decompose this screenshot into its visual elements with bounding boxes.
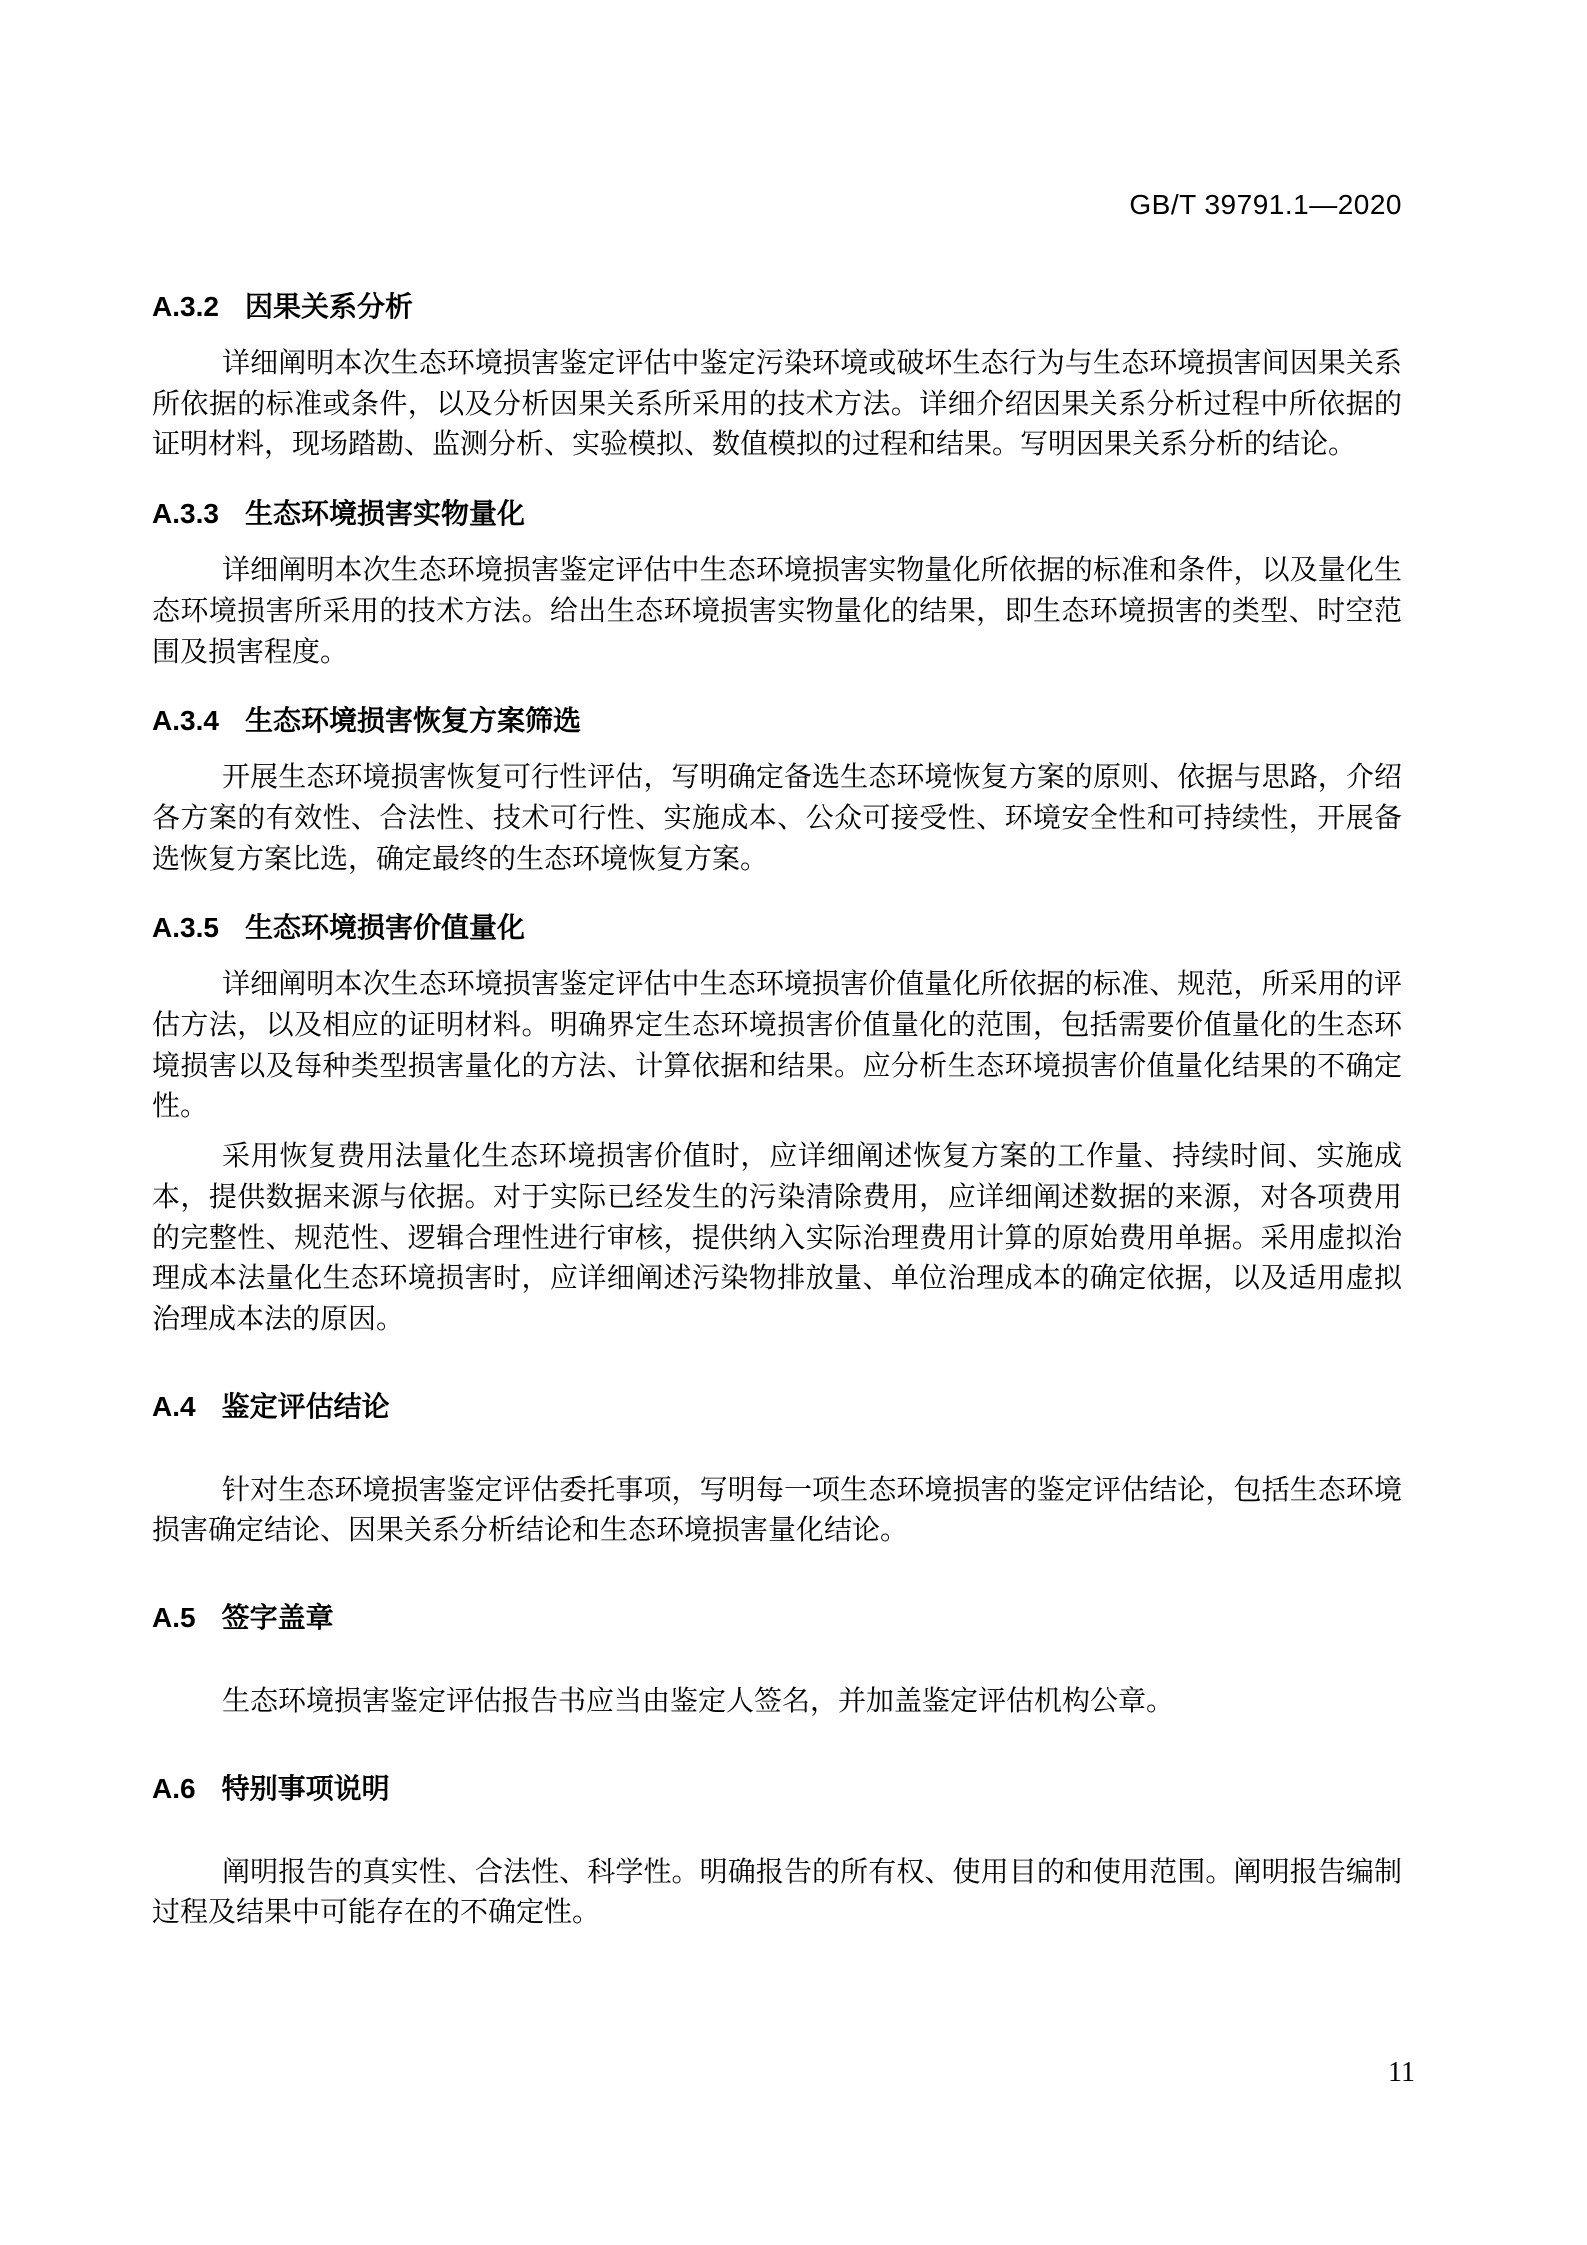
section-number: A.4 <box>152 1386 196 1428</box>
section-a6: A.6 特别事项说明 阐明报告的真实性、合法性、科学性。明确报告的所有权、使用目… <box>152 1768 1402 1933</box>
section-heading: A.3.3 生态环境损害实物量化 <box>152 493 1402 535</box>
section-title: 特别事项说明 <box>222 1768 390 1810</box>
paragraph: 针对生态环境损害鉴定评估委托事项，写明每一项生态环境损害的鉴定评估结论，包括生态… <box>152 1470 1402 1551</box>
paragraph: 开展生态环境损害恢复可行性评估，写明确定备选生态环境恢复方案的原则、依据与思路，… <box>152 757 1402 879</box>
section-title: 鉴定评估结论 <box>222 1386 390 1428</box>
paragraph: 详细阐明本次生态环境损害鉴定评估中鉴定污染环境或破坏生态行为与生态环境损害间因果… <box>152 343 1402 465</box>
section-number: A.3.3 <box>152 493 219 535</box>
section-a5: A.5 签字盖章 生态环境损害鉴定评估报告书应当由鉴定人签名，并加盖鉴定评估机构… <box>152 1597 1402 1722</box>
section-heading: A.3.2 因果关系分析 <box>152 286 1402 328</box>
section-number: A.5 <box>152 1597 196 1639</box>
section-heading: A.3.5 生态环境损害价值量化 <box>152 907 1402 949</box>
section-heading: A.3.4 生态环境损害恢复方案筛选 <box>152 700 1402 742</box>
section-title: 因果关系分析 <box>245 286 413 328</box>
paragraph: 详细阐明本次生态环境损害鉴定评估中生态环境损害价值量化所依据的标准、规范，所采用… <box>152 964 1402 1127</box>
standard-number: GB/T 39791.1—2020 <box>152 188 1402 222</box>
section-number: A.6 <box>152 1768 196 1810</box>
section-a3-4: A.3.4 生态环境损害恢复方案筛选 开展生态环境损害恢复可行性评估，写明确定备… <box>152 700 1402 879</box>
section-a3-2: A.3.2 因果关系分析 详细阐明本次生态环境损害鉴定评估中鉴定污染环境或破坏生… <box>152 286 1402 465</box>
paragraph: 阐明报告的真实性、合法性、科学性。明确报告的所有权、使用目的和使用范围。阐明报告… <box>152 1852 1402 1933</box>
paragraph: 生态环境损害鉴定评估报告书应当由鉴定人签名，并加盖鉴定评估机构公章。 <box>152 1681 1402 1722</box>
paragraph: 采用恢复费用法量化生态环境损害价值时，应详细阐述恢复方案的工作量、持续时间、实施… <box>152 1136 1402 1340</box>
section-title: 生态环境损害价值量化 <box>245 907 525 949</box>
section-title: 签字盖章 <box>222 1597 334 1639</box>
document-page: GB/T 39791.1—2020 A.3.2 因果关系分析 详细阐明本次生态环… <box>0 0 1587 2245</box>
section-number: A.3.4 <box>152 700 219 742</box>
section-number: A.3.5 <box>152 907 219 949</box>
section-a3-3: A.3.3 生态环境损害实物量化 详细阐明本次生态环境损害鉴定评估中生态环境损害… <box>152 493 1402 672</box>
page-number: 11 <box>1388 2056 1415 2090</box>
section-a3-5: A.3.5 生态环境损害价值量化 详细阐明本次生态环境损害鉴定评估中生态环境损害… <box>152 907 1402 1339</box>
section-title: 生态环境损害实物量化 <box>245 493 525 535</box>
section-heading: A.4 鉴定评估结论 <box>152 1386 1402 1428</box>
section-heading: A.6 特别事项说明 <box>152 1768 1402 1810</box>
section-number: A.3.2 <box>152 286 219 328</box>
paragraph: 详细阐明本次生态环境损害鉴定评估中生态环境损害实物量化所依据的标准和条件，以及量… <box>152 550 1402 672</box>
page-content: GB/T 39791.1—2020 A.3.2 因果关系分析 详细阐明本次生态环… <box>152 0 1402 1933</box>
section-a4: A.4 鉴定评估结论 针对生态环境损害鉴定评估委托事项，写明每一项生态环境损害的… <box>152 1386 1402 1551</box>
section-heading: A.5 签字盖章 <box>152 1597 1402 1639</box>
section-title: 生态环境损害恢复方案筛选 <box>245 700 581 742</box>
